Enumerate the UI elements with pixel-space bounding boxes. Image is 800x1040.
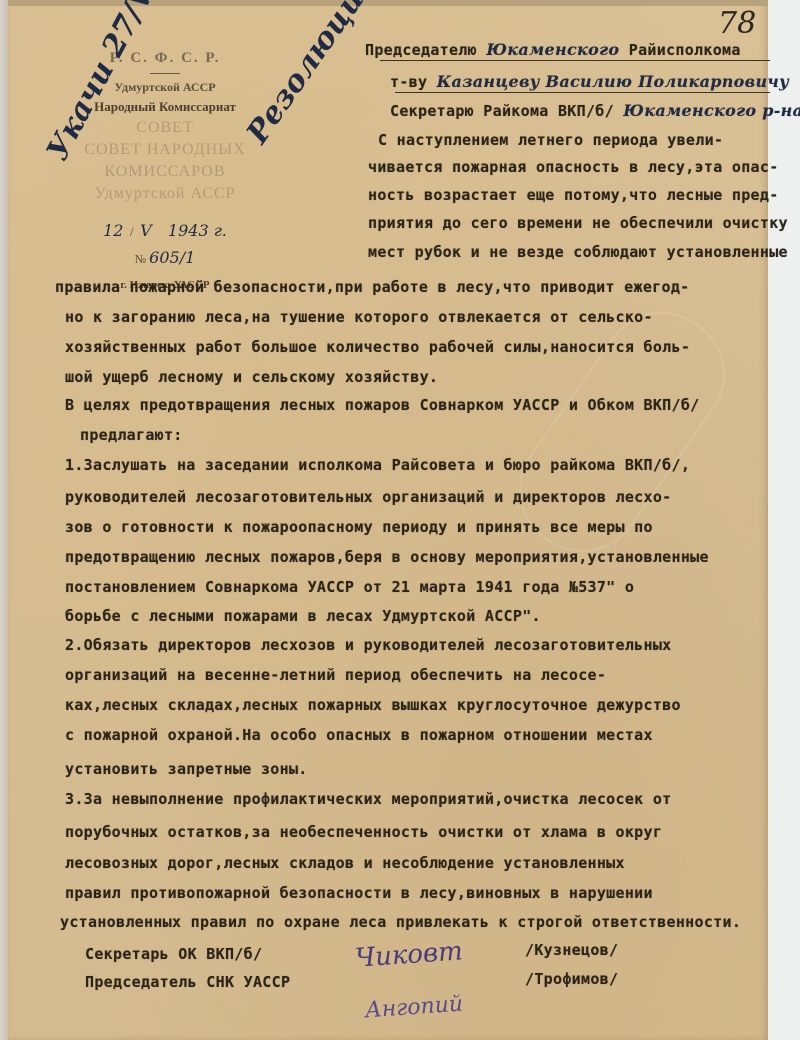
body-line: постановлением Совнаркома УАССР от 21 ма… xyxy=(65,580,634,595)
body-line: мест рубок и не везде соблюдают установл… xyxy=(368,245,788,260)
addressee-3-prefix: Секретарю Райкома ВКП/б/ xyxy=(390,102,614,120)
body-line: зов о готовности к пожароопасному период… xyxy=(65,520,653,535)
addressee-line-2: т-ву Казанцеву Василию Поликарповичу xyxy=(390,74,789,90)
number-label: № xyxy=(135,252,146,266)
body-line: хозяйственных работ большое количество р… xyxy=(65,340,690,355)
letterhead-faded-4: Удмуртской АССР xyxy=(60,185,270,203)
date-day: 12 xyxy=(103,221,123,240)
body-line: предотвращению лесных пожаров,беря в осн… xyxy=(65,550,709,565)
signatory-name-1: /Кузнецов/ xyxy=(525,943,618,958)
addressee-line-3: Секретарю Райкома ВКП/б/ Юкаменского р-н… xyxy=(390,103,800,119)
body-line: 1.Заслушать на заседании исполкома Райсо… xyxy=(65,458,690,473)
addressee-1-prefix: Председателю xyxy=(365,41,477,59)
body-line: лесовозных дорог,лесных складов и несобл… xyxy=(65,856,625,871)
date-year: 1943 г. xyxy=(168,221,227,240)
letterhead-faded-3: КОМИССАРОВ xyxy=(60,163,270,181)
scan-left-edge xyxy=(0,0,8,1040)
body-line: руководителей лесозаготовительных органи… xyxy=(65,490,672,505)
body-line: правил противопожарной безопасности в ле… xyxy=(65,886,653,901)
body-line: установить запретные зоны. xyxy=(65,762,308,777)
addressee-2-prefix: т-ву xyxy=(390,73,427,91)
body-line: ках,лесных складах,лесных пожарных вышка… xyxy=(65,698,681,713)
addressee-2-name: Казанцеву Василию Поликарповичу xyxy=(437,72,789,91)
signatory-name-2: /Трофимов/ xyxy=(525,972,618,987)
archive-page-number: 78 xyxy=(718,6,756,41)
body-line: ность возрастает еще потому,что лесные п… xyxy=(368,188,779,203)
body-line: шой ущерб лесному и сельскому хозяйству. xyxy=(65,370,438,385)
addressee-1-district: Юкаменского xyxy=(486,40,619,59)
addressee-3-district: Юкаменского р-на xyxy=(623,101,800,120)
body-line: организаций на весенне-летний период обе… xyxy=(65,668,606,683)
body-line: порубочных остатков,за необеспеченность … xyxy=(65,825,662,840)
letterhead-date: 12 / V 1943 г. xyxy=(60,221,270,240)
number-value: 605/1 xyxy=(149,248,195,267)
body-line: с пожарной охраной.На особо опасных в по… xyxy=(65,728,653,743)
body-line: борьбе с лесными пожарами в лесах Удмурт… xyxy=(65,609,541,624)
signatory-role-1: Секретарь ОК ВКП/б/ xyxy=(85,947,262,962)
addressee-line-1: Председателю Юкаменского Райисполкома xyxy=(365,42,741,58)
letterhead-number: № 605/1 xyxy=(60,248,270,267)
body-line: приятия до сего времени не обеспечили оч… xyxy=(368,216,788,231)
body-line: установленных правил по охране леса прив… xyxy=(60,915,741,930)
body-line: предлагают: xyxy=(80,428,183,443)
body-line: 2.Обязать директоров лесхозов и руководи… xyxy=(65,638,672,653)
addressee-underline-2 xyxy=(395,92,770,93)
body-line: чивается пожарная опасность в лесу,эта о… xyxy=(368,160,779,175)
body-line: 3.За невыполнение профилактических мероп… xyxy=(65,792,672,807)
addressee-1-suffix: Райисполкома xyxy=(629,41,741,59)
body-line: но к загоранию леса,на тушение которого … xyxy=(65,310,653,325)
date-month: V xyxy=(140,221,152,240)
signatory-role-2: Председатель СНК УАССР xyxy=(85,975,290,990)
addressee-underline-1 xyxy=(380,60,770,61)
body-line: В целях предотвращения лесных пожаров Со… xyxy=(65,398,700,413)
body-line: С наступлением летнего периода увели- xyxy=(378,133,723,148)
scan-right-margin xyxy=(768,0,800,1040)
body-line: правила пожарной безопасности,при работе… xyxy=(55,280,690,295)
letterhead-rule xyxy=(150,73,180,74)
letterhead-faded-2: СОВЕТ НАРОДНЫХ xyxy=(60,141,270,159)
